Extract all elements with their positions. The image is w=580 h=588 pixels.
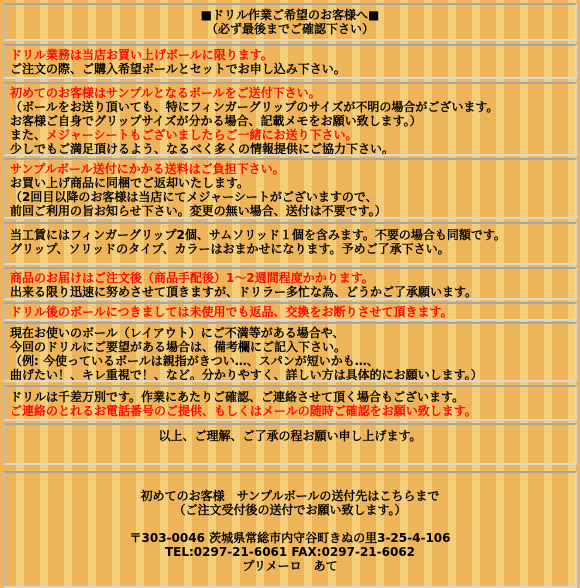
address-note: （ご注文受付後の送付でお願い致します。）: [10, 503, 570, 517]
requests-box: 現在お使いのボール（レイアウト）にご不満等がある場合や、 今回のドリルにご要望が…: [3, 322, 577, 382]
drill-notice-page: ■ドリル作業ご希望のお客様へ■ （必ず最後までご確認下さい） ドリル業務は当店お…: [0, 0, 580, 588]
first-time-detail-3: また、メジャーシートもございましたらご一緒にお送り下さい。: [10, 128, 570, 142]
first-time-detail-4: 少しでもご満足頂けるよう、なるべく多くの情報提供にご協力下さい。: [10, 142, 570, 156]
first-time-detail-2: お客様ご自身でグリップサイズが分かる場合、記載メモをお願い致します。）: [10, 114, 570, 128]
contact-detail: ドリルは千差万別です。作業にあたりご確認、ご連絡させて頂く場合もございます。: [10, 390, 570, 404]
shipping-cost-box: サンプルボール送付にかかる送料はご負担下さい。 お買い上げ商品に同梱でご返却いた…: [3, 158, 577, 219]
notice-header-box: ■ドリル作業ご希望のお客様へ■ （必ず最後までご確認下さい）: [3, 3, 577, 41]
delivery-time-box: 商品のお届けはご注文後（商品手配後）1～2週間程度かかります。 出来る限り迅速に…: [3, 267, 577, 300]
header-subtitle: （必ず最後までご確認下さい）: [10, 22, 570, 36]
requests-detail-2: 今回のドリルにご要望がある場合は、備考欄にご記入下さい。: [10, 340, 570, 354]
delivery-time-detail: 出来る限り迅速に努めさせて頂きますが、ドリラー多忙な為、どうかご了承願います。: [10, 285, 570, 299]
measure-sheet-prefix: また、: [10, 128, 46, 142]
first-time-detail-1: （ボールをお送り頂いても、特にフィンガーグリップのサイズが不明の場合がございます…: [10, 100, 570, 114]
labor-includes-detail-2: グリップ、ソリッドのタイプ、カラーはおまかせになります。予めご了承下さい。: [10, 242, 570, 256]
postal-address: 〒303-0046 茨城県常総市内守谷町きぬの里3-25-4-106: [10, 531, 570, 545]
shipping-cost-detail-1: お買い上げ商品に同梱でご返却いたします。: [10, 176, 570, 190]
shipping-cost-emphasis: サンプルボール送付にかかる送料はご負担下さい。: [10, 162, 570, 176]
first-time-sample-box: 初めてのお客様はサンプルとなるボールをご送付下さい。 （ボールをお送り頂いても、…: [3, 82, 577, 156]
closing-text: 以上、ご理解、ご了承の程お願い申し上げます。: [10, 429, 570, 443]
purchase-only-box: ドリル業務は当店お買い上げボールに限ります。 ご注文の際、ご購入希望ボールとセッ…: [3, 44, 577, 79]
addressee: プリメーロ あて: [10, 559, 570, 573]
requests-detail-3: （例: 今使っているボールは親指がきつい…、スパンが短いかも…、: [10, 354, 570, 368]
shipping-cost-detail-2: （2回目以降のお客様は当店にてメジャーシートがございますので、: [10, 190, 570, 204]
tel-fax: TEL:0297-21-6061 FAX:0297-21-6062: [10, 545, 570, 559]
shipping-cost-detail-3: 前回ご利用の旨お知らせ下さい。変更の無い場合、送付は不要です。）: [10, 204, 570, 218]
first-time-emphasis: 初めてのお客様はサンプルとなるボールをご送付下さい。: [10, 86, 570, 100]
purchase-only-detail: ご注文の際、ご購入希望ボールとセットでお申し込み下さい。: [10, 62, 570, 76]
header-title: ■ドリル作業ご希望のお客様へ■: [10, 8, 570, 22]
closing-box: 以上、ご理解、ご了承の程お願い申し上げます。: [3, 423, 577, 465]
address-box: 初めてのお客様 サンプルボールの送付先はこちらまで （ご注文受付後の送付でお願い…: [3, 471, 577, 588]
no-returns-emphasis: ドリル後のボールにつきましては未使用でも返品、交換をお断りさせて頂きます。: [10, 305, 570, 319]
contact-box: ドリルは千差万別です。作業にあたりご確認、ご連絡させて頂く場合もございます。 ご…: [3, 385, 577, 421]
measure-sheet-emphasis: メジャーシートもございましたらご一緒にお送り下さい。: [46, 128, 358, 142]
labor-includes-detail-1: 当工賃にはフィンガーグリップ2個、サムソリッド１個を含みます。不要の場合も同額で…: [10, 228, 570, 242]
requests-detail-1: 現在お使いのボール（レイアウト）にご不満等がある場合や、: [10, 326, 570, 340]
contact-emphasis: ご連絡のとれるお電話番号のご提供、もしくはメールの随時ご確認をお願い致します。: [10, 404, 570, 418]
purchase-only-emphasis: ドリル業務は当店お買い上げボールに限ります。: [10, 48, 570, 62]
labor-includes-box: 当工賃にはフィンガーグリップ2個、サムソリッド１個を含みます。不要の場合も同額で…: [3, 222, 577, 265]
address-heading: 初めてのお客様 サンプルボールの送付先はこちらまで: [10, 489, 570, 503]
requests-detail-4: 曲げたい！、キレ重視で！、など。分かりやすく、詳しい方は具体的にお願いします。）: [10, 368, 570, 382]
no-returns-box: ドリル後のボールにつきましては未使用でも返品、交換をお断りさせて頂きます。: [3, 302, 577, 321]
delivery-time-emphasis: 商品のお届けはご注文後（商品手配後）1～2週間程度かかります。: [10, 271, 570, 285]
